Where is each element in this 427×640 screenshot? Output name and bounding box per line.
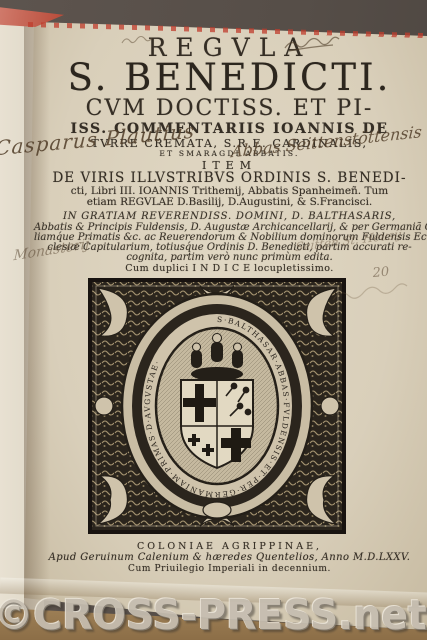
works-line-1: DE VIRIS ILLVSTRIBVS ORDINIS S. BENEDI- <box>34 170 425 186</box>
mantling <box>191 367 243 381</box>
book-photo: REGVLA S. BENEDICTI. CVM DOCTISS. ET PI-… <box>0 0 427 640</box>
index-line: Cum duplici I N D I C E locupletissimo. <box>34 263 425 274</box>
imprint-place: COLONIAE AGRIPPINAE, <box>34 541 425 552</box>
main-title: S. BENEDICTI. <box>34 56 425 99</box>
subtitle-1: CVM DOCTISS. ET PI- <box>34 96 425 121</box>
imprint-publisher: Apud Geruinum Calenium & hæredes Quentel… <box>34 552 425 563</box>
ink-mark-before-title <box>120 34 154 48</box>
dedication-line: IN GRATIAM REVERENDISS. DOMINI, D. BALTH… <box>34 211 425 222</box>
watermark: ©CROSS-PRESS.net <box>0 591 416 639</box>
bottom-cartouche <box>203 502 231 518</box>
works-line-3: etiam REGVLAE D.Basilij, D.Augustini, & … <box>34 196 425 208</box>
faint-script-mark <box>330 282 410 308</box>
dedication-line: cognita, partim verò nunc primùm edita. <box>34 252 425 263</box>
emblem-svg: S·BALTHASAR·ABBAS·FVLDENSIS·ET·PER·GERMA… <box>88 278 346 534</box>
ink-mark-after-title <box>283 36 341 54</box>
imprint-privilege: Cum Priuilegio Imperiali in decennium. <box>34 564 425 574</box>
handwritten-number: 20 <box>372 265 390 281</box>
armorial-woodcut-emblem: S·BALTHASAR·ABBAS·FVLDENSIS·ET·PER·GERMA… <box>88 278 346 534</box>
